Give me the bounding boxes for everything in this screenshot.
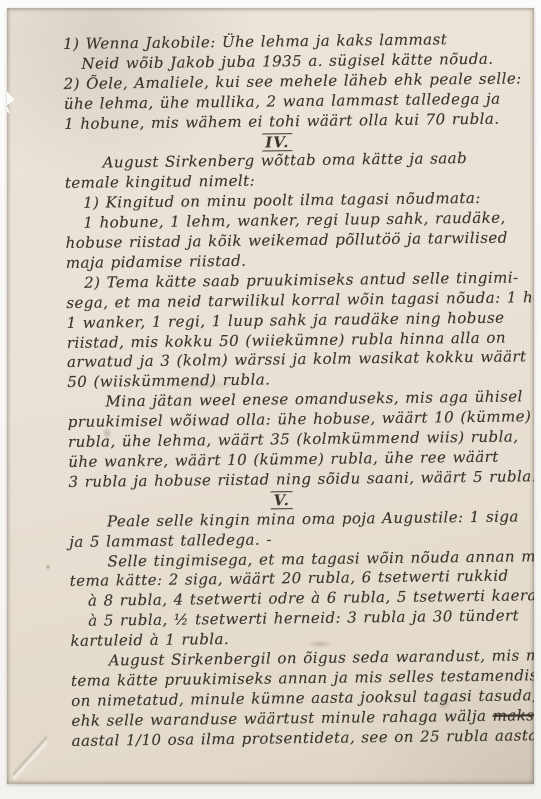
text-segment: ehk selle waranduse wäärtust minule raha… — [71, 707, 492, 730]
section-heading-numeral: V. — [270, 491, 292, 509]
paper: 1) Wenna Jakobile: Ühe lehma ja kaks lam… — [7, 8, 534, 784]
stain — [45, 564, 51, 570]
paper-crease — [13, 734, 47, 780]
photo-frame: 1) Wenna Jakobile: Ühe lehma ja kaks lam… — [0, 0, 541, 799]
manuscript-text-block: 1) Wenna Jakobile: Ühe lehma ja kaks lam… — [57, 29, 534, 751]
paper-tear-notch — [7, 89, 17, 114]
struck-word: maksta — [493, 706, 534, 725]
section-heading-numeral: IV. — [262, 133, 292, 151]
